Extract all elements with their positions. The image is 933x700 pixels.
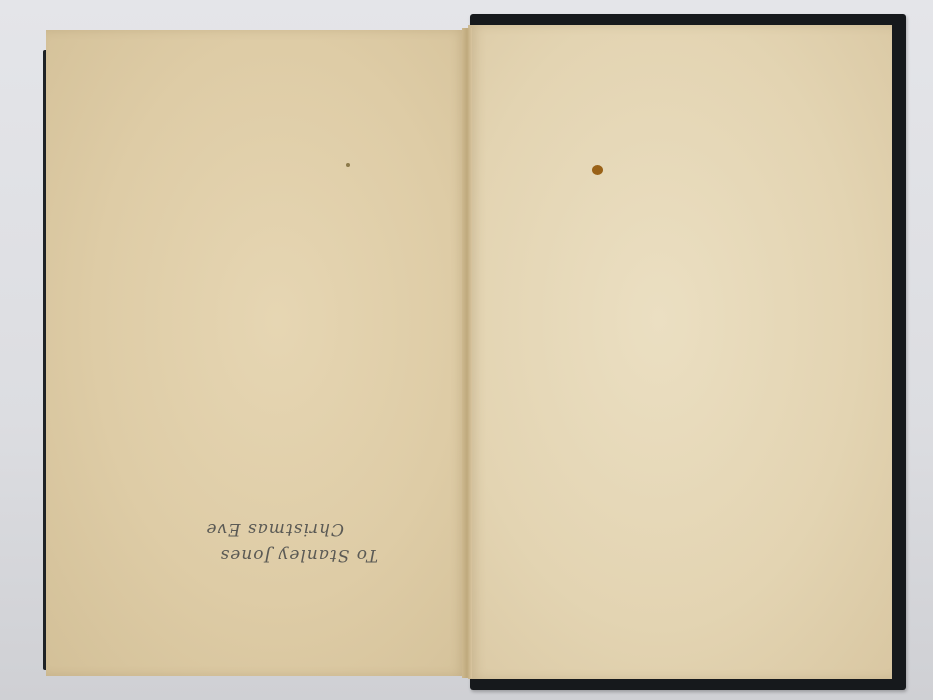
inscription-line-1: To Stanley Jones [170, 542, 390, 568]
right-endpaper-page [468, 25, 892, 679]
foxing-spot [592, 165, 603, 175]
small-spot [346, 163, 350, 167]
left-endpaper-page [46, 30, 466, 676]
inscription-line-2: Christmas Eve [170, 516, 390, 542]
book-gutter [462, 28, 472, 678]
pencil-inscription: To Stanley Jones Christmas Eve [170, 488, 390, 568]
